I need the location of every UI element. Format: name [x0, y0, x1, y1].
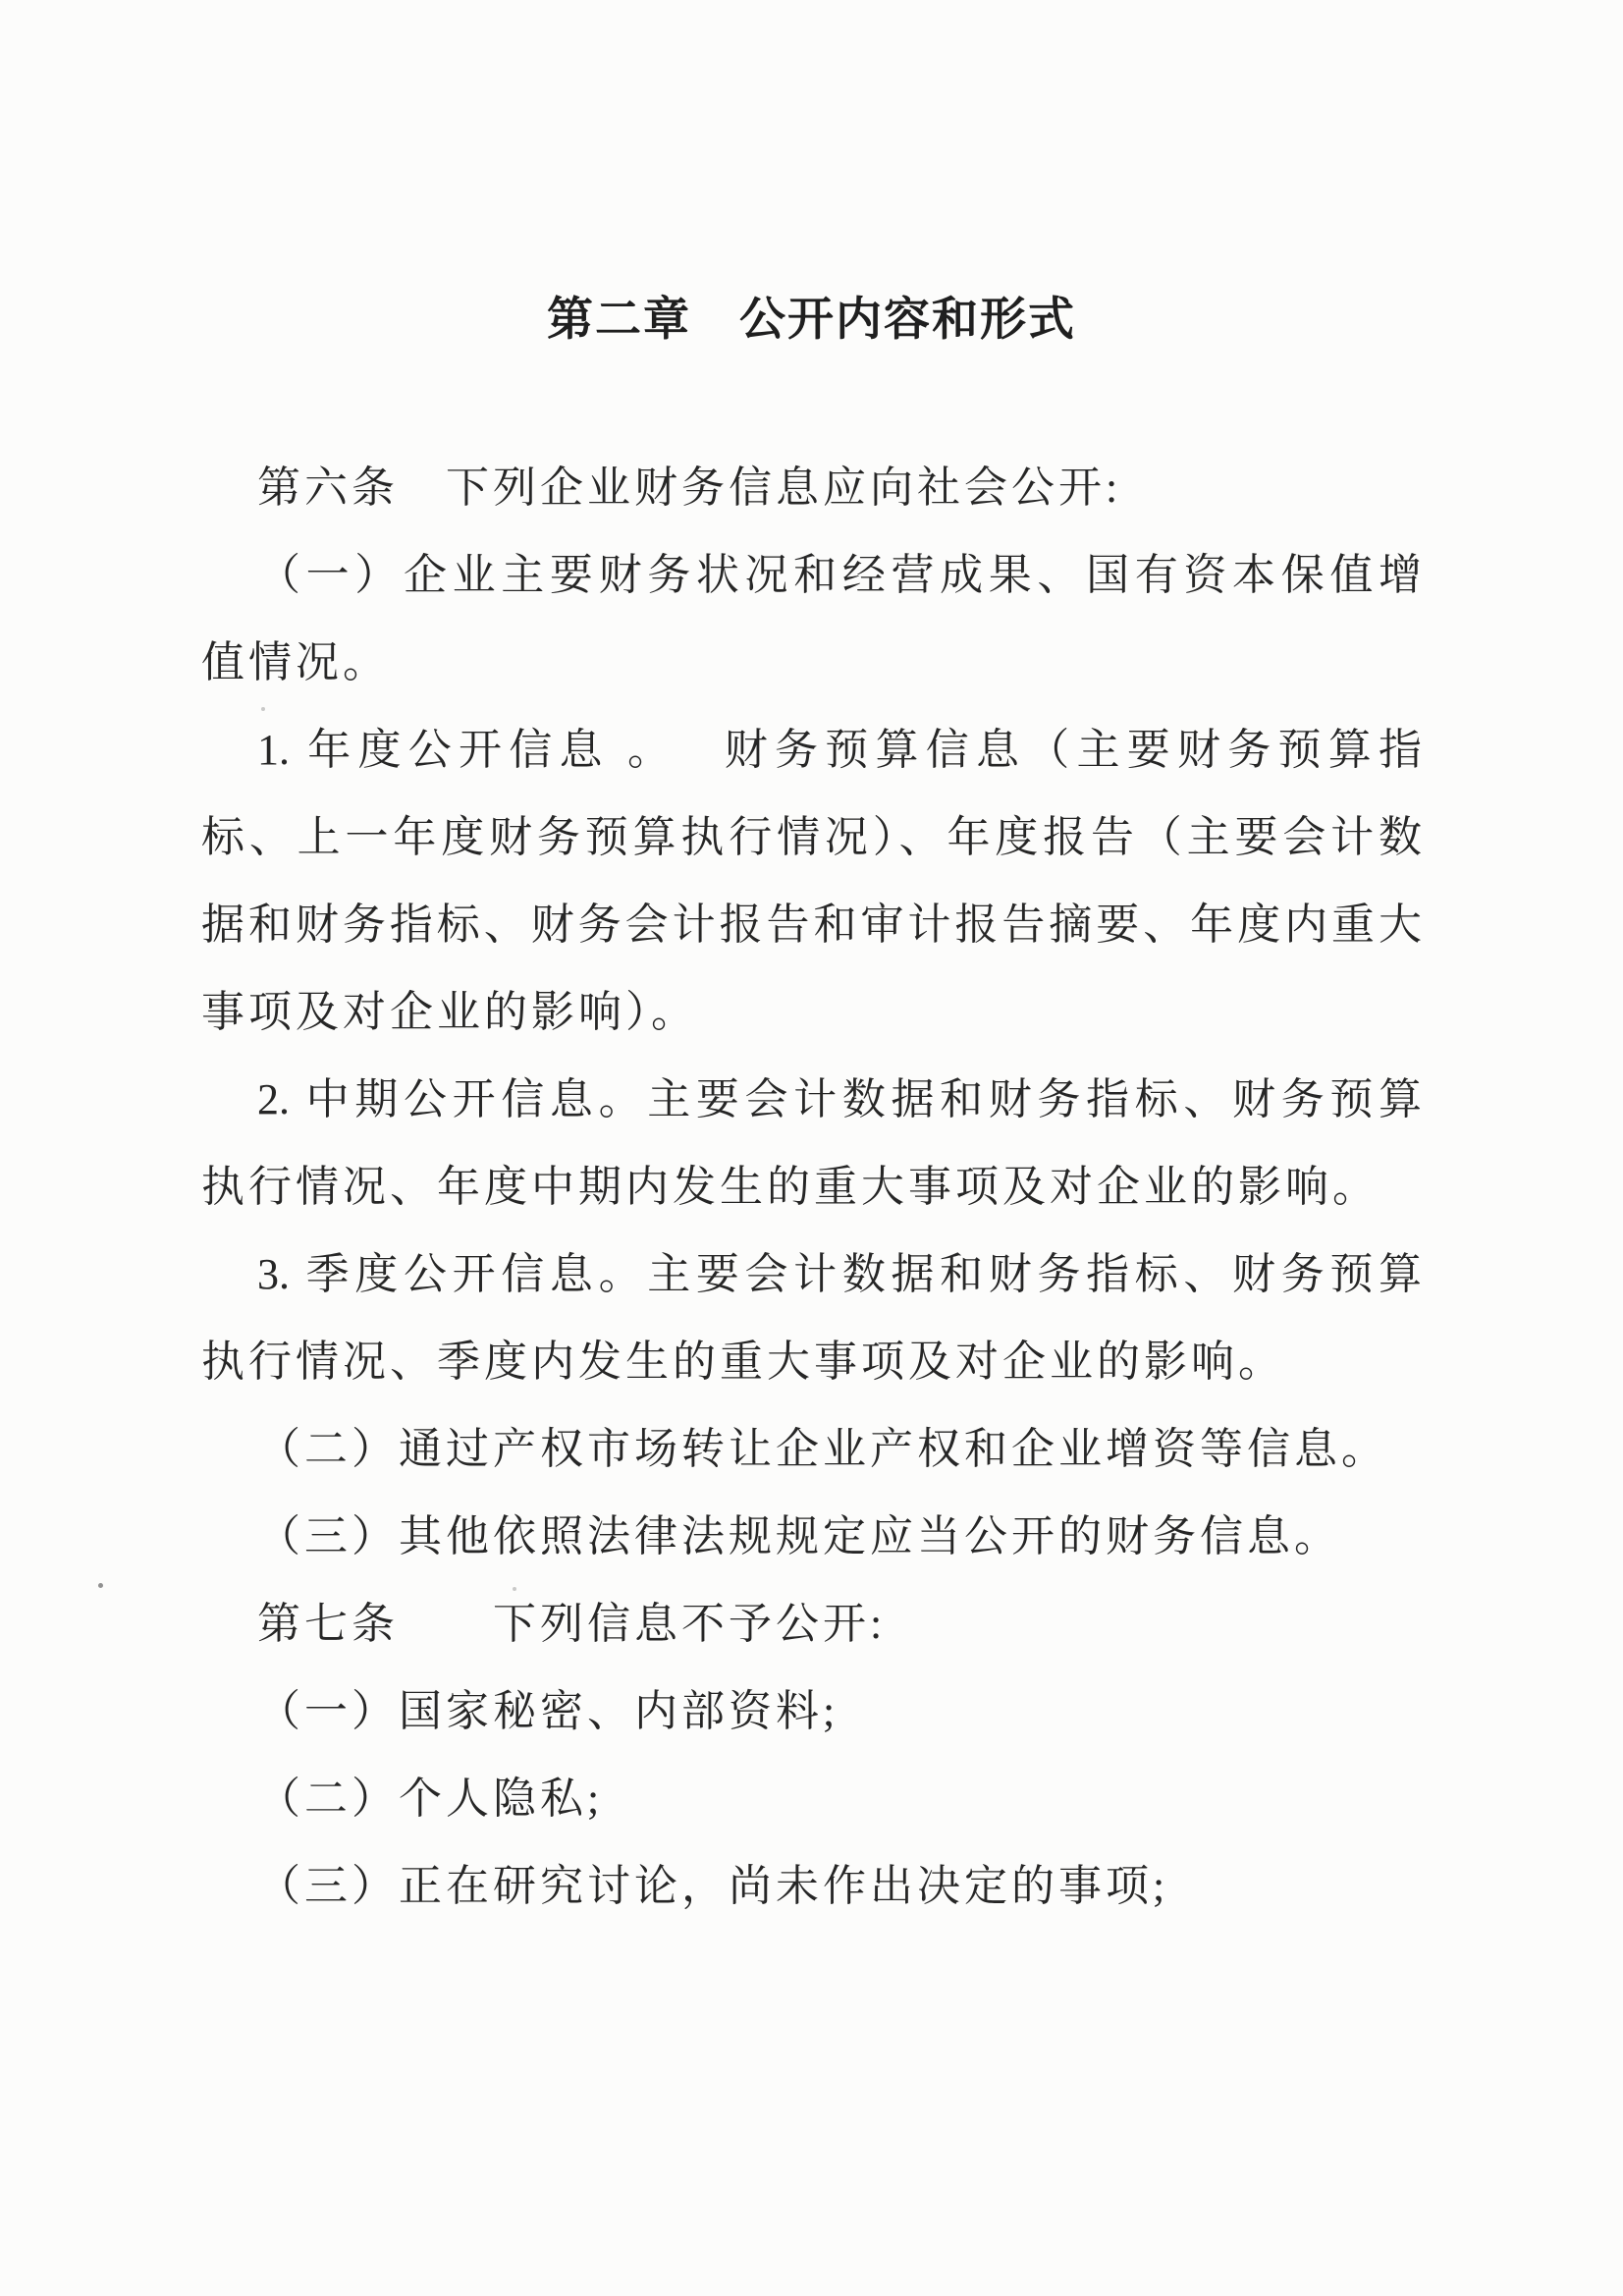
text-line: 第七条 下列信息不予公开:	[201, 1580, 1422, 1667]
text-line: 据和财务指标、财务会计报告和审计报告摘要、年度内重大	[201, 881, 1422, 968]
scan-speck	[98, 1583, 103, 1588]
text-line: 2. 中期公开信息。主要会计数据和财务指标、财务预算	[201, 1056, 1422, 1143]
document-body: 第六条 下列企业财务信息应向社会公开: （一）企业主要财务状况和经营成果、国有资…	[201, 444, 1422, 1930]
chapter-title: 第二章 公开内容和形式	[201, 283, 1422, 349]
text-line: （三）正在研究讨论，尚未作出决定的事项;	[201, 1842, 1422, 1930]
text-line: 1. 年度公开信息 。 财务预算信息（主要财务预算指	[201, 706, 1422, 793]
text-line: （二）通过产权市场转让企业产权和企业增资等信息。	[201, 1405, 1422, 1493]
text-line: 3. 季度公开信息。主要会计数据和财务指标、财务预算	[201, 1230, 1422, 1318]
text-line: （一）企业主要财务状况和经营成果、国有资本保值增	[201, 531, 1422, 619]
text-line: 标、上一年度财务预算执行情况）、年度报告（主要会计数	[201, 793, 1422, 881]
text-line: 事项及对企业的影响）。	[201, 968, 1422, 1056]
scan-speck	[261, 707, 265, 711]
text-line: 第六条 下列企业财务信息应向社会公开:	[201, 444, 1422, 531]
text-line: 执行情况、年度中期内发生的重大事项及对企业的影响。	[201, 1143, 1422, 1230]
text-line: 值情况。	[201, 619, 1422, 706]
scanned-document-page: 第二章 公开内容和形式 第六条 下列企业财务信息应向社会公开: （一）企业主要财…	[0, 0, 1623, 2296]
text-line: 执行情况、季度内发生的重大事项及对企业的影响。	[201, 1318, 1422, 1405]
text-line: （一）国家秘密、内部资料;	[201, 1667, 1422, 1755]
text-line: （二）个人隐私;	[201, 1755, 1422, 1842]
scan-speck	[513, 1587, 516, 1591]
text-line: （三）其他依照法律法规规定应当公开的财务信息。	[201, 1493, 1422, 1580]
